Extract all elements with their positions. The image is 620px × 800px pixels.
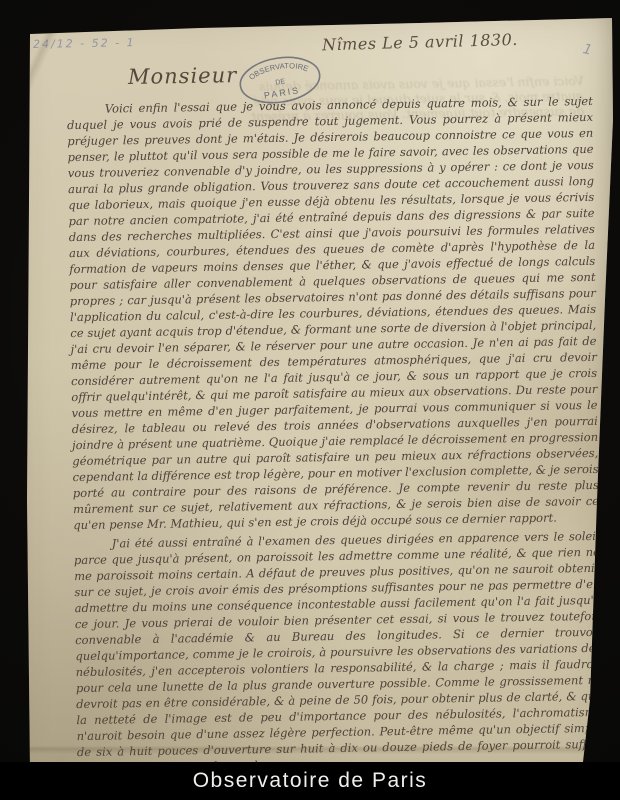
letter-paragraph-2: J'ai été aussi entraîné à l'examen des q…: [74, 528, 604, 776]
letter-dateline: Nîmes Le 5 avril 1830.: [322, 29, 562, 55]
archival-reference: 24/12 - 52 - 1: [33, 36, 136, 51]
caption-band: Observatoire de Paris: [0, 762, 620, 800]
letter-paragraph-1: Voici enfin l'essai que je vous avois an…: [67, 93, 600, 533]
photo-background: 24/12 - 52 - 1 1 Nîmes Le 5 avril 1830. …: [0, 0, 620, 800]
page-number: 1: [581, 41, 594, 59]
letter-page: 24/12 - 52 - 1 1 Nîmes Le 5 avril 1830. …: [0, 0, 620, 800]
stamp-middle-text: DE: [275, 78, 286, 86]
caption-text: Observatoire de Paris: [193, 769, 428, 793]
letter-body: Voici enfin l'essai que je vous avois an…: [67, 93, 604, 779]
letter-salutation: Monsieur: [128, 63, 238, 89]
